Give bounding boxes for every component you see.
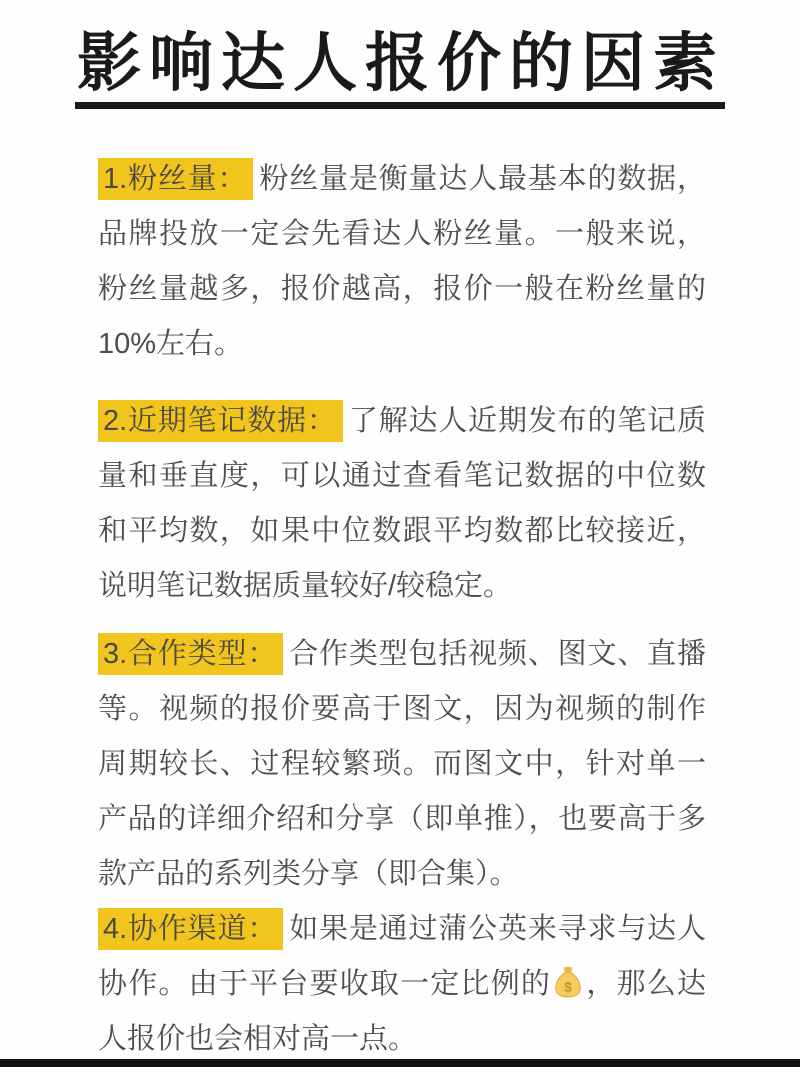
bottom-edge-bar xyxy=(0,1059,800,1067)
money-bag-emoji: $ xyxy=(553,962,583,995)
section-collab-channel-label: 4.协作渠道： xyxy=(98,908,283,950)
section-collab-channel: 4.协作渠道：如果是通过蒲公英来寻求与达人协作。由于平台要收取一定比例的 $ ，… xyxy=(98,902,706,1067)
section-fans-label: 1.粉丝量： xyxy=(98,158,253,200)
title-wrap: 影响达人报价的因素 xyxy=(0,30,800,109)
section-fans: 1.粉丝量：粉丝量是衡量达人最基本的数据，品牌投放一定会先看达人粉丝量。一般来说… xyxy=(98,152,706,372)
section-cooperation-type-label: 3.合作类型： xyxy=(98,633,283,675)
svg-text:$: $ xyxy=(564,979,572,995)
infographic-card: 影响达人报价的因素 1.粉丝量：粉丝量是衡量达人最基本的数据，品牌投放一定会先看… xyxy=(0,0,800,1068)
section-cooperation-type: 3.合作类型：合作类型包括视频、图文、直播等。视频的报价要高于图文，因为视频的制… xyxy=(98,627,706,902)
section-recent-notes: 2.近期笔记数据：了解达人近期发布的笔记质量和垂直度，可以通过查看笔记数据的中位… xyxy=(98,394,706,614)
section-cooperation-type-body: 合作类型包括视频、图文、直播等。视频的报价要高于图文，因为视频的制作周期较长、过… xyxy=(98,638,706,890)
content: 1.粉丝量：粉丝量是衡量达人最基本的数据，品牌投放一定会先看达人粉丝量。一般来说… xyxy=(98,152,706,1067)
page-title: 影响达人报价的因素 xyxy=(75,30,725,109)
section-recent-notes-label: 2.近期笔记数据： xyxy=(98,400,343,442)
